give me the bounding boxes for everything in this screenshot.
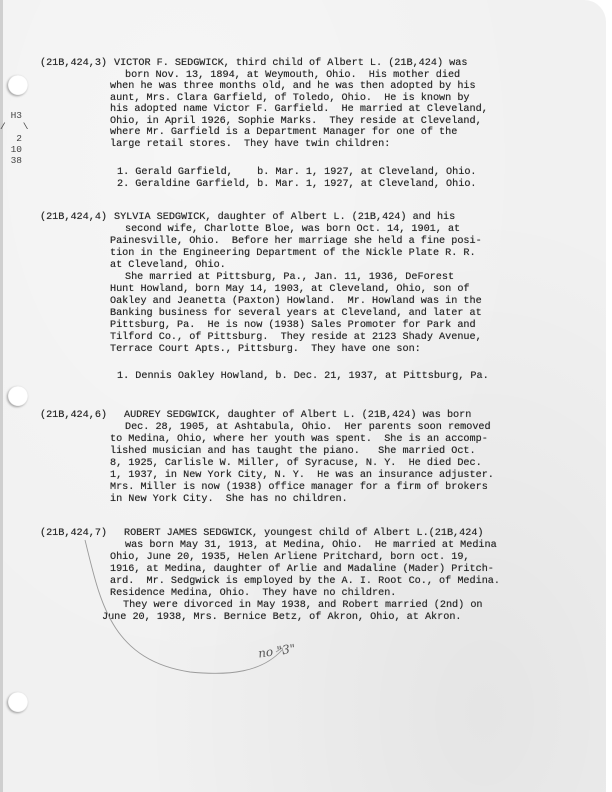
entry-line: Hunt Howland, born May 14, 1903, at Clev… (110, 284, 470, 295)
entry-line: at Cleveland, Ohio. (110, 260, 226, 271)
margin-code: H3 (2, 110, 22, 121)
entry-line: Oakley and Jeanetta (Paxton) Howland. Mr… (110, 296, 482, 307)
entry-line: They were divorced in May 1938, and Robe… (123, 600, 483, 611)
document-page: H3 / \ 2 10 38 (21B,424,3) VICTOR F. SED… (0, 0, 606, 792)
entry-line: Terrace Court Apts., Pittsburg. They hav… (110, 344, 421, 355)
entry-id: (21B,424,7) (40, 528, 107, 539)
entry-line: ard. Mr. Sedgwick is employed by the A. … (110, 576, 500, 587)
entry-line: 1, 1937, in New York City, N. Y. He was … (110, 470, 494, 481)
entry-line: in New York City. She has no children. (110, 494, 348, 505)
entry-id: (21B,424,6) (40, 410, 107, 421)
entry-line: Ohio, June 20, 1935, Helen Arliene Pritc… (110, 552, 470, 563)
entry-line: VICTOR F. SEDGWICK, third child of Alber… (114, 58, 467, 69)
entry-id: (21B,424,3) (40, 58, 107, 69)
entry-id: (21B,424,4) (40, 212, 107, 223)
entry-line: June 20, 1938, Mrs. Bernice Betz, of Akr… (102, 612, 462, 623)
margin-number-1: 2 (2, 133, 22, 144)
entry-line: to Medina, Ohio, where her youth was spe… (110, 434, 488, 445)
entry-line: Ohio, in April 1926, Sophie Marks. They … (110, 116, 482, 127)
entry-line: lished musician and has taught the piano… (110, 446, 476, 457)
entry-line: when he was three months old, and he was… (110, 81, 476, 92)
child-item: 1. Gerald Garfield, b. Mar. 1, 1927, at … (117, 167, 477, 178)
entry-line: aunt, Mrs. Clara Garfield, of Toledo, Oh… (110, 93, 470, 104)
entry-line: Tilford Co., of Pittsburg. They reside a… (110, 332, 482, 343)
entry-line: Dec. 28, 1905, at Ashtabula, Ohio. Her p… (125, 422, 491, 433)
entry-line: SYLVIA SEDGWICK, daughter of Albert L. (… (114, 212, 455, 223)
margin-number-2: 10 (2, 144, 22, 155)
entry-line: She married at Pittsburg, Pa., Jan. 11, … (125, 272, 454, 283)
entry-line: Painesville, Ohio. Before her marriage s… (110, 236, 482, 247)
entry-line: Banking business for several years at Cl… (110, 308, 482, 319)
entry-line: his adopted name Victor F. Garfield. He … (110, 104, 488, 115)
entry-line: Residence Medina, Ohio. They have no chi… (110, 588, 396, 599)
entry-line: Pittsburg, Pa. He is now (1938) Sales Pr… (110, 320, 476, 331)
entry-line: tion in the Engineering Department of th… (110, 248, 476, 259)
handwritten-note: no "3" (257, 641, 296, 660)
entry-line: 8, 1925, Carlisle W. Miller, of Syracuse… (110, 458, 482, 469)
entry-line: 1916, at Medina, daughter of Arlie and M… (110, 564, 494, 575)
entry-line: large retail stores. They have twin chil… (110, 139, 390, 150)
entry-line: AUDREY SEDGWICK, daughter of Albert L. (… (124, 410, 471, 421)
punch-hole-top (8, 75, 28, 95)
entry-line: born Nov. 13, 1894, at Weymouth, Ohio. H… (125, 70, 460, 81)
entry-line: Mrs. Miller is now (1938) office manager… (110, 482, 488, 493)
entry-line: ROBERT JAMES SEDGWICK, youngest child of… (124, 528, 484, 539)
child-item: 1. Dennis Oakley Howland, b. Dec. 21, 19… (117, 371, 489, 382)
entry-line: where Mr. Garfield is a Department Manag… (110, 127, 457, 138)
punch-hole-bottom (8, 692, 28, 712)
entry-line: was born May 31, 1913, at Medina, Ohio. … (125, 540, 497, 551)
margin-slashes: / \ (0, 121, 34, 132)
punch-hole-middle (8, 386, 28, 406)
margin-number-3: 38 (2, 155, 22, 166)
child-item: 2. Geraldine Garfield, b. Mar. 1, 1927, … (117, 179, 477, 190)
entry-line: second wife, Charlotte Bloe, was born Oc… (125, 224, 460, 235)
